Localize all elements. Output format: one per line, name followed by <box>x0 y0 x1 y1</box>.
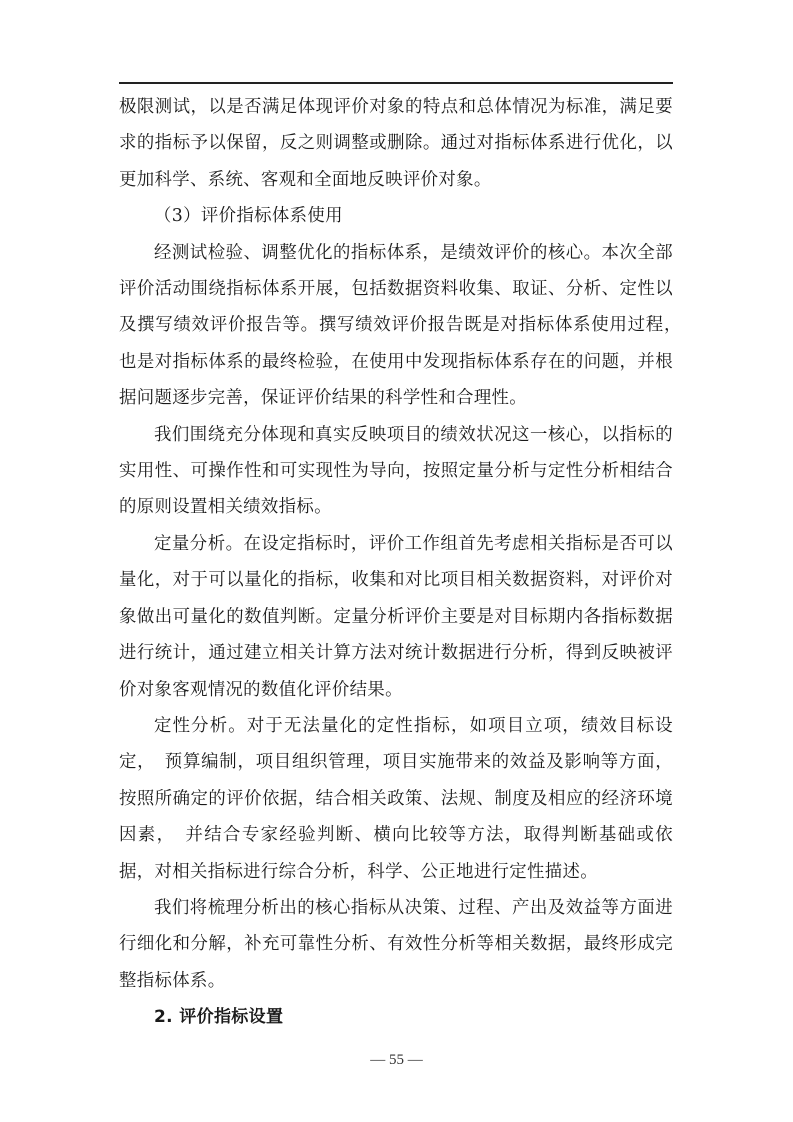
paragraph-core-principle: 我们围绕充分体现和真实反映项目的绩效状况这一核心，以指标的实用性、可操作性和可实… <box>119 417 673 526</box>
section-heading-indicator-setting: 2. 评价指标设置 <box>119 999 673 1035</box>
paragraph-continuation: 极限测试，以是否满足体现评价对象的特点和总体情况为标准，满足要 求的指标予以保留… <box>119 89 673 198</box>
subheading-indicator-system-use: （3）评价指标体系使用 <box>119 198 673 234</box>
paragraph-qualitative-analysis: 定性分析。对于无法量化的定性指标，如项目立项，绩效目标设定， 预算编制，项目组织… <box>119 708 673 890</box>
paragraph-quantitative-analysis: 定量分析。在设定指标时，评价工作组首先考虑相关指标是否可以 量化，对于可以量化的… <box>119 526 673 708</box>
paragraph-indicator-refinement: 我们将梳理分析出的核心指标从决策、过程、产出及效益等方面进行细化和分解，补充可靠… <box>119 890 673 999</box>
header-rule <box>119 82 673 84</box>
page-body: 极限测试，以是否满足体现评价对象的特点和总体情况为标准，满足要 求的指标予以保留… <box>119 89 673 1036</box>
paragraph-system-use: 经测试检验、调整优化的指标体系，是绩效评价的核心。本次全部评价活动围绕指标体系开… <box>119 235 673 417</box>
page-number: — 55 — <box>0 1052 793 1069</box>
